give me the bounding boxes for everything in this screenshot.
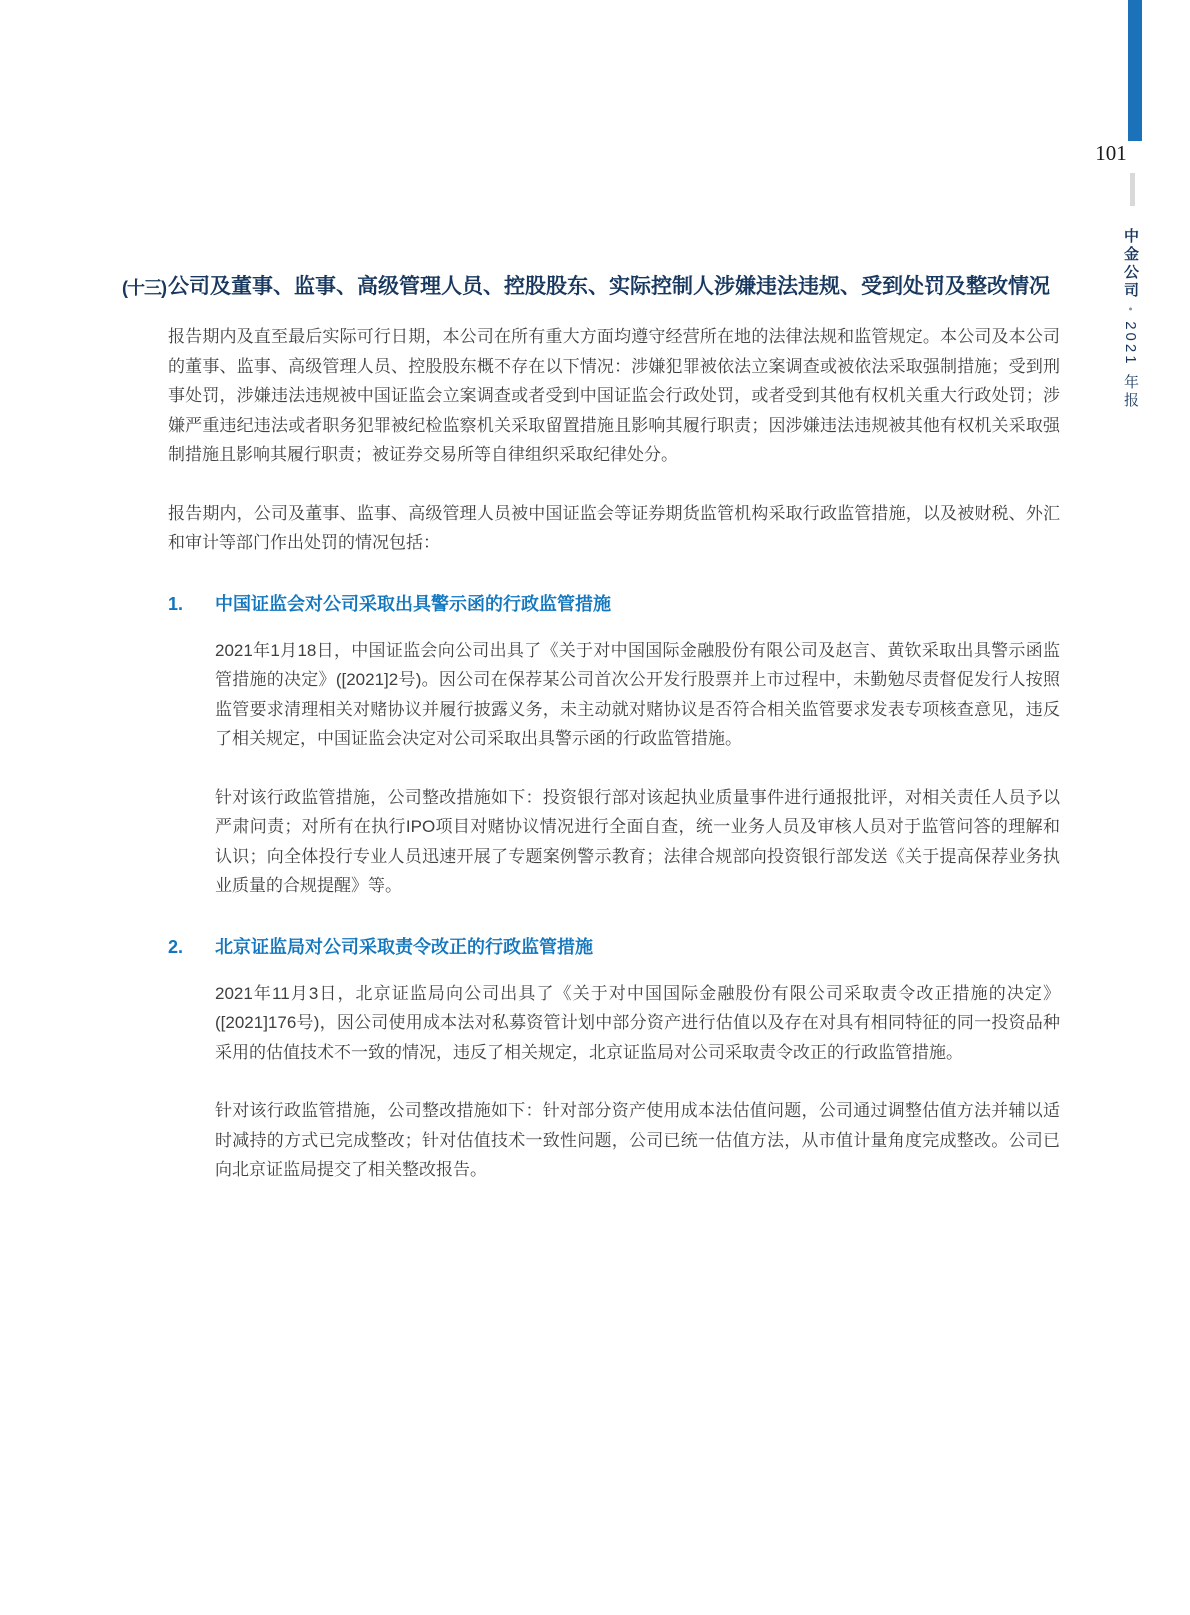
side-label: 中金公司 • 2021 年报 [1118, 228, 1142, 1128]
page-number: 101 [1080, 141, 1142, 166]
subsection-1-body: 2021年1月18日，中国证监会向公司出具了《关于对中国国际金融股份有限公司及赵… [168, 636, 1060, 901]
subsection-2-number: 2. [168, 934, 215, 960]
intro-paragraph-2: 报告期内，公司及董事、监事、高级管理人员被中国证监会等证券期货监管机构采取行政监… [168, 499, 1060, 558]
subsection-1-paragraph-1: 2021年1月18日，中国证监会向公司出具了《关于对中国国际金融股份有限公司及赵… [215, 636, 1060, 754]
subsection-1-heading: 1. 中国证监会对公司采取出具警示函的行政监管措施 [168, 591, 1060, 617]
intro-paragraph-1: 报告期内及直至最后实际可行日期，本公司在所有重大方面均遵守经营所在地的法律法规和… [168, 322, 1060, 470]
page-number-rule [1130, 173, 1135, 206]
section-13-title: 公司及董事、监事、高级管理人员、控股股东、实际控制人涉嫌违法违规、受到处罚及整改… [168, 270, 1060, 303]
subsection-2-paragraph-2: 针对该行政监管措施，公司整改措施如下：针对部分资产使用成本法估值问题，公司通过调… [215, 1096, 1060, 1185]
accent-bar [1128, 0, 1142, 141]
subsection-1-paragraph-2: 针对该行政监管措施，公司整改措施如下：投资银行部对该起执业质量事件进行通报批评，… [215, 783, 1060, 901]
section-13-marker: (十三) [122, 270, 168, 305]
side-label-brand: 中金公司 [1122, 228, 1139, 300]
report-page: 101 中金公司 • 2021 年报 (十三) 公司及董事、监事、高级管理人员、… [0, 0, 1190, 1615]
subsection-1-number: 1. [168, 591, 215, 617]
main-content: (十三) 公司及董事、监事、高级管理人员、控股股东、实际控制人涉嫌违法违规、受到… [122, 270, 1060, 1214]
subsection-2: 2. 北京证监局对公司采取责令改正的行政监管措施 2021年11月3日，北京证监… [168, 934, 1060, 1185]
numbered-sections: 1. 中国证监会对公司采取出具警示函的行政监管措施 2021年1月18日，中国证… [122, 591, 1060, 1185]
bullet-separator-icon: • [1124, 307, 1136, 314]
section-13-heading: (十三) 公司及董事、监事、高级管理人员、控股股东、实际控制人涉嫌违法违规、受到… [122, 270, 1060, 305]
subsection-1: 1. 中国证监会对公司采取出具警示函的行政监管措施 2021年1月18日，中国证… [168, 591, 1060, 901]
subsection-1-title: 中国证监会对公司采取出具警示函的行政监管措施 [215, 591, 1060, 617]
subsection-2-paragraph-1: 2021年11月3日，北京证监局向公司出具了《关于对中国国际金融股份有限公司采取… [215, 979, 1060, 1068]
side-label-year: 2021 年报 [1122, 321, 1139, 410]
intro-block: 报告期内及直至最后实际可行日期，本公司在所有重大方面均遵守经营所在地的法律法规和… [122, 322, 1060, 558]
subsection-2-body: 2021年11月3日，北京证监局向公司出具了《关于对中国国际金融股份有限公司采取… [168, 979, 1060, 1185]
subsection-2-heading: 2. 北京证监局对公司采取责令改正的行政监管措施 [168, 934, 1060, 960]
subsection-2-title: 北京证监局对公司采取责令改正的行政监管措施 [215, 934, 1060, 960]
